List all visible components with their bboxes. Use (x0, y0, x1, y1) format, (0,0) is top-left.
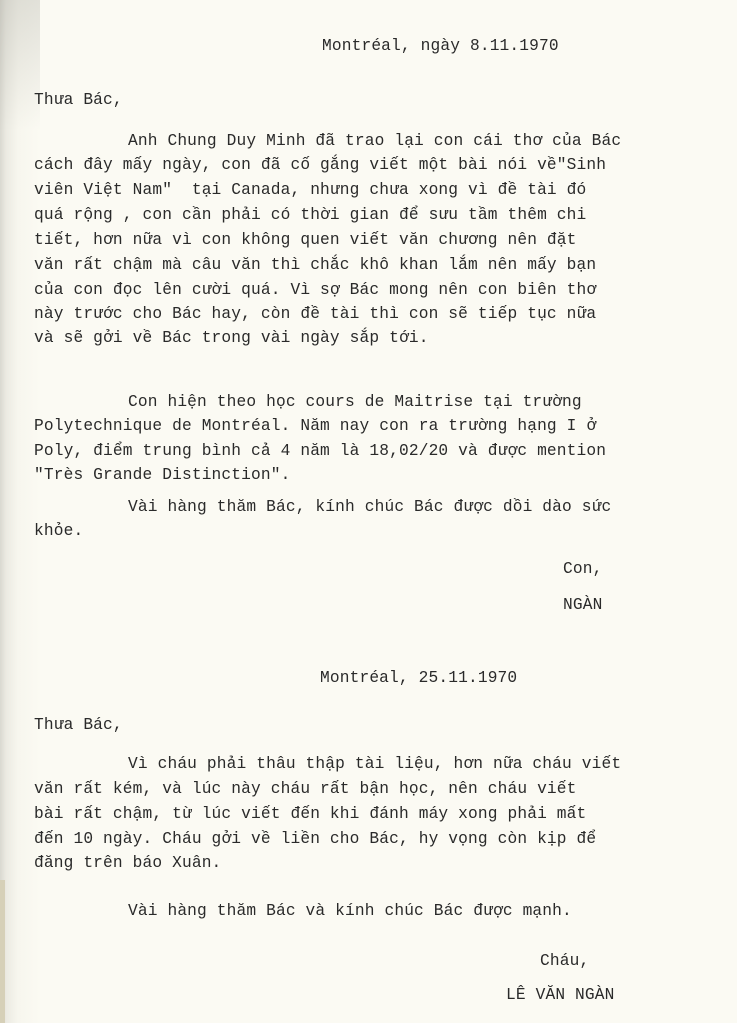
scan-shadow (0, 0, 40, 130)
letter-1-para-1-line: văn rất chậm mà câu văn thì chắc khô kha… (34, 255, 596, 275)
letter-1-para-1-line: quá rộng , con cần phải có thời gian để … (34, 205, 586, 225)
letter-1-para-1-line: viên Việt Nam" tại Canada, nhưng chưa xo… (34, 180, 586, 200)
letter-1-para-2-line: "Très Grande Distinction". (34, 465, 290, 485)
letter-1-closing: Con, (563, 559, 602, 579)
letter-1-para-2-line: Poly, điểm trung bình cả 4 năm là 18,02/… (34, 441, 606, 461)
letter-2-closing: Cháu, (540, 951, 589, 971)
letter-1-para-1-line: và sẽ gởi về Bác trong vài ngày sắp tới. (34, 328, 429, 348)
letter-1-para-2-line: Con hiện theo học cours de Maitrise tại … (128, 392, 582, 412)
letter-2-para-1-line: Vì cháu phải thâu thập tài liệu, hơn nữa… (128, 754, 621, 774)
letter-1-para-1-line: của con đọc lên cười quá. Vì sợ Bác mong… (34, 280, 596, 300)
letter-1-salutation: Thưa Bác, (34, 90, 123, 110)
letter-2-para-1-line: bài rất chậm, từ lúc viết đến khi đánh m… (34, 804, 586, 824)
letter-2-salutation: Thưa Bác, (34, 715, 123, 735)
letter-2-para-1-line: đăng trên báo Xuân. (34, 853, 221, 873)
letter-2-para-1-line: đến 10 ngày. Cháu gởi về liền cho Bác, h… (34, 829, 596, 849)
letter-1-para-2-line: Polytechnique de Montréal. Năm nay con r… (34, 416, 596, 436)
letter-1-para-3-line: Vài hàng thăm Bác, kính chúc Bác được dồ… (128, 497, 611, 517)
page-edge (0, 880, 5, 1023)
letter-1-para-1-line: cách đây mấy ngày, con đã cố gắng viết m… (34, 155, 606, 175)
letter-2-para-2-line: Vài hàng thăm Bác và kính chúc Bác được … (128, 901, 572, 921)
letter-2-signature: LÊ VĂN NGÀN (506, 985, 615, 1005)
letter-2-place-date: Montréal, 25.11.1970 (320, 668, 517, 688)
letter-1-para-1-line: Anh Chung Duy Minh đã trao lại con cái t… (128, 131, 621, 151)
letter-1-place-date: Montréal, ngày 8.11.1970 (322, 36, 559, 56)
letter-2-para-1-line: văn rất kém, và lúc này cháu rất bận học… (34, 779, 577, 799)
scanned-letter-page: Montréal, ngày 8.11.1970 Thưa Bác, Anh C… (0, 0, 737, 1023)
letter-1-para-1-line: này trước cho Bác hay, còn đề tài thì co… (34, 304, 596, 324)
letter-1-para-1-line: tiết, hơn nữa vì con không quen viết văn… (34, 230, 577, 250)
letter-1-para-3-line: khỏe. (34, 521, 83, 541)
letter-1-signature: NGÀN (563, 595, 602, 615)
